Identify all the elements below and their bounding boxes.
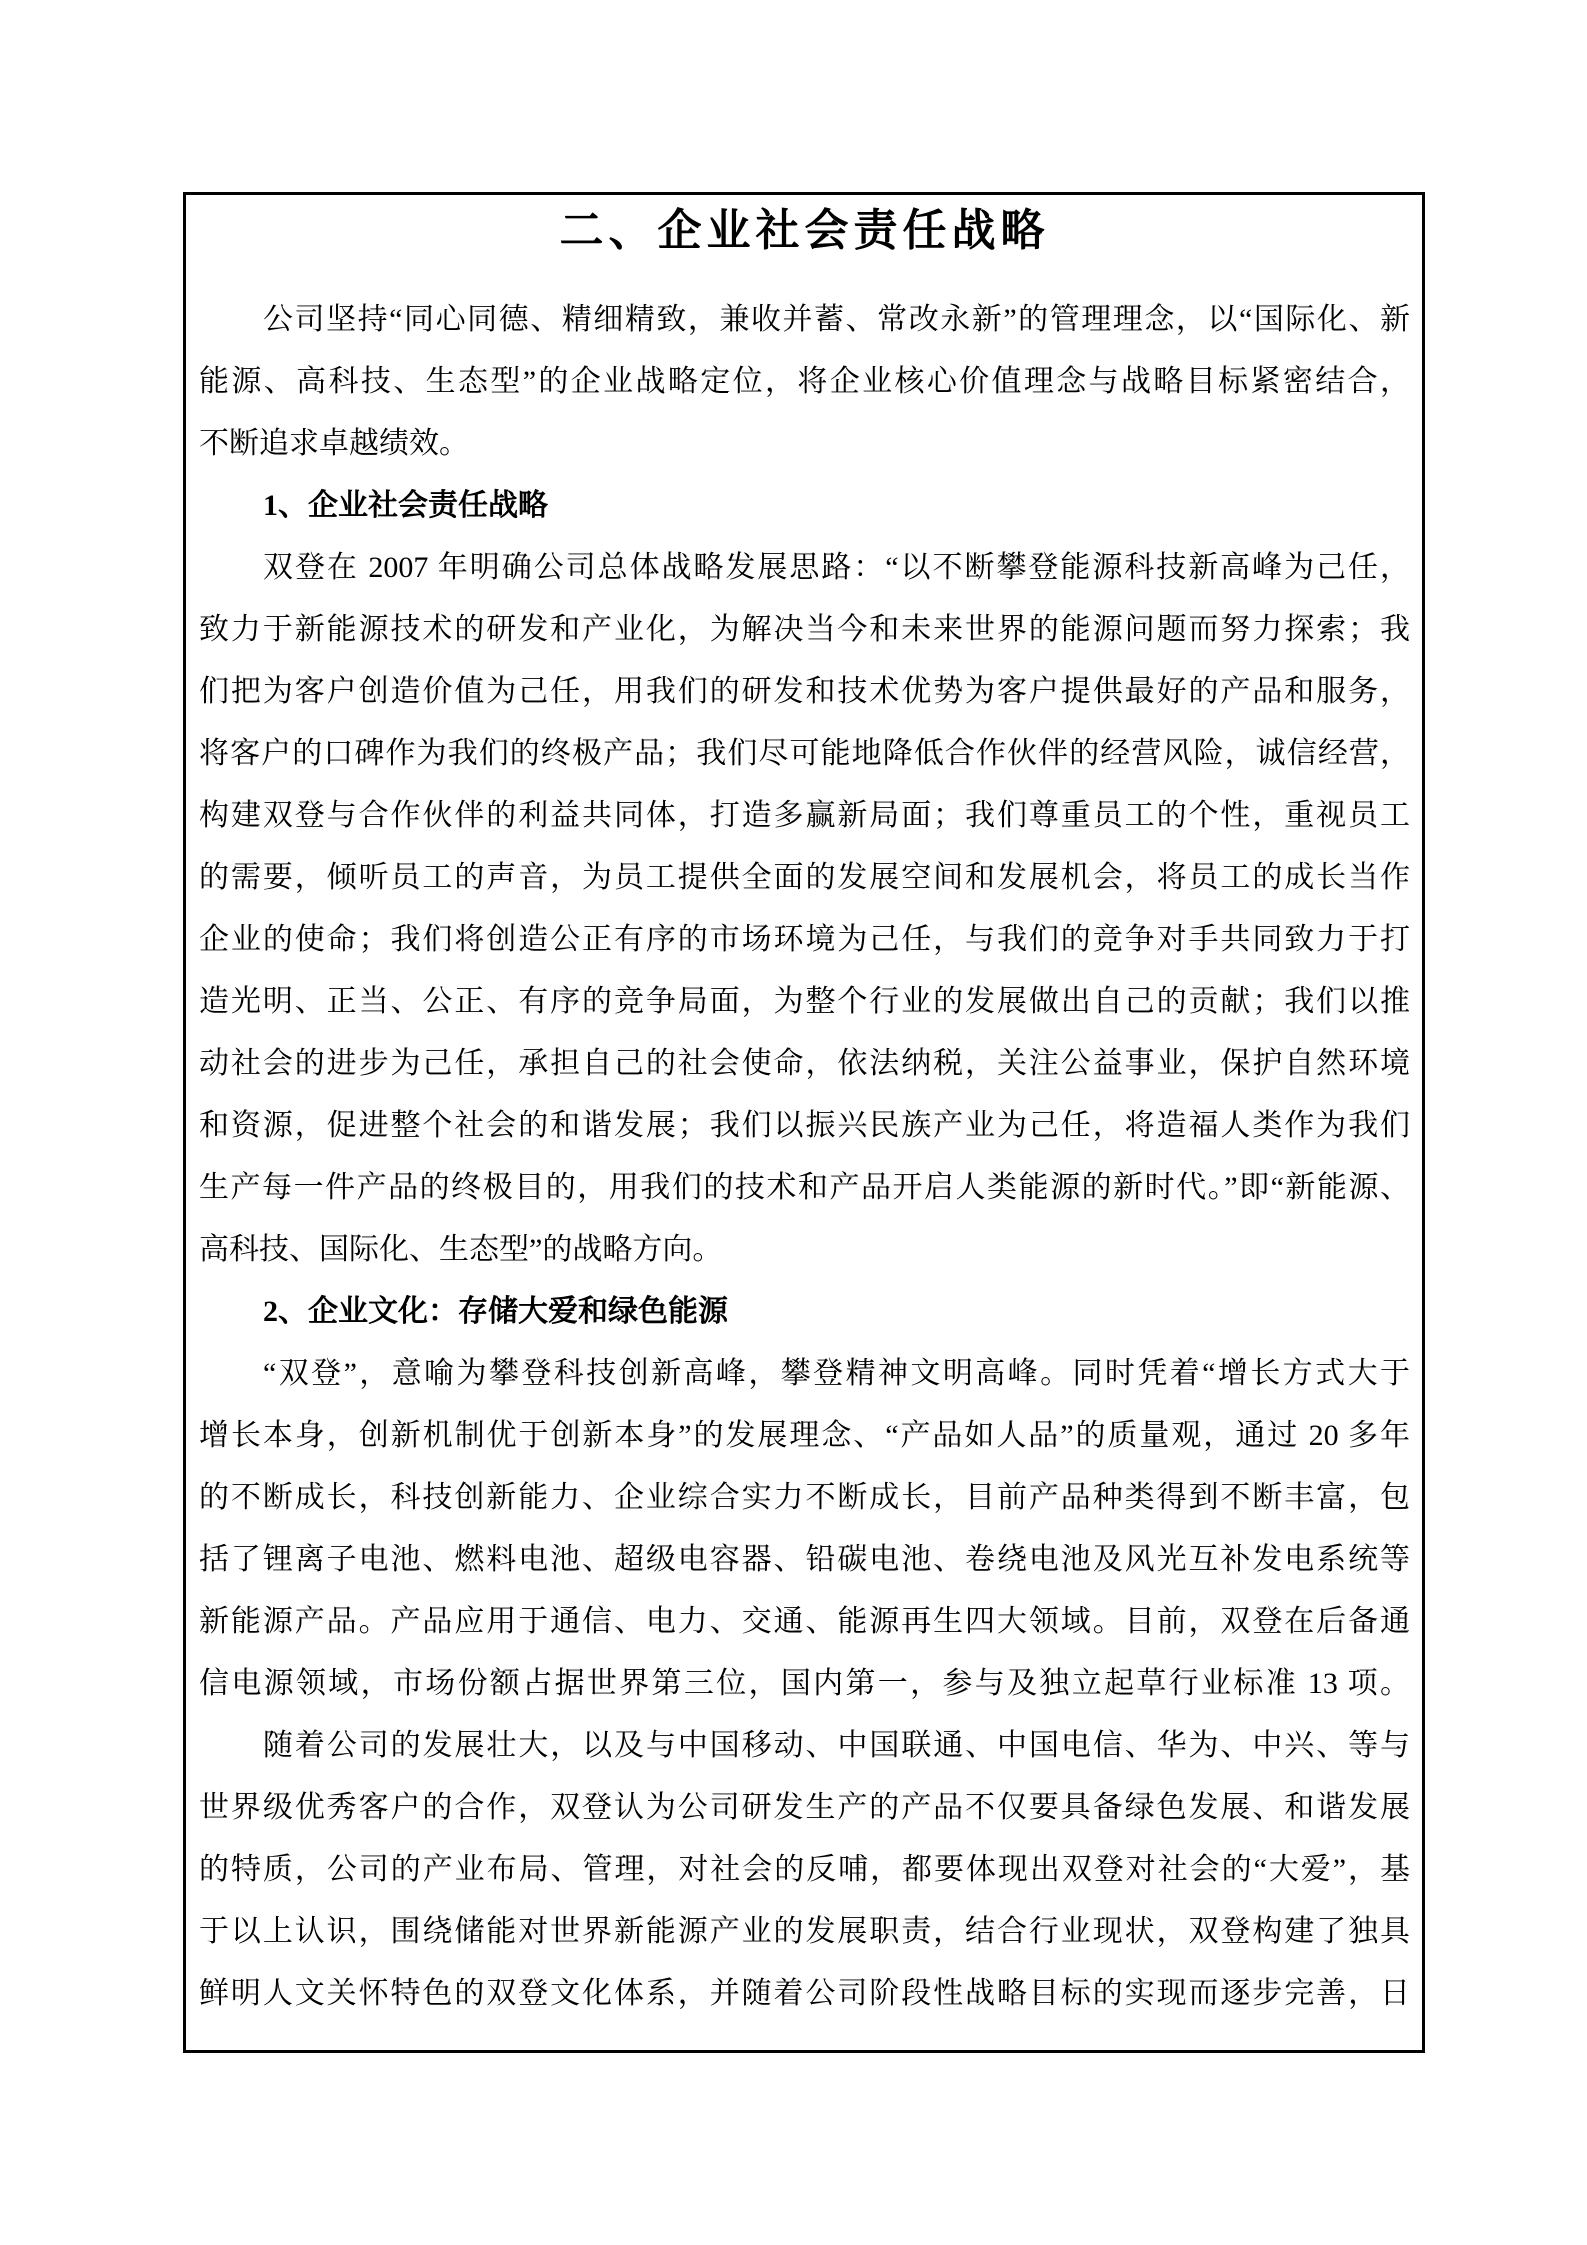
para3-line: 增长本身，创新机制优于创新本身”的发展理念、“产品如人品”的质量观，通过 20 … (199, 1405, 1410, 1467)
para2-line: 企业的使命；我们将创造公正有序的市场环境为己任，与我们的竞争对手共同致力于打 (199, 909, 1410, 971)
para2-line: 造光明、正当、公正、有序的竞争局面，为整个行业的发展做出自己的贡献；我们以推 (199, 971, 1410, 1033)
para2-line: 的需要，倾听员工的声音，为员工提供全面的发展空间和发展机会，将员工的成长当作 (199, 847, 1410, 909)
page: { "colors": { "text": "#000000", "backgr… (0, 0, 1587, 2245)
para4-line: 的特质，公司的产业布局、管理，对社会的反哺，都要体现出双登对社会的“大爱”，基 (199, 1839, 1410, 1901)
para3-line: 的不断成长，科技创新能力、企业综合实力不断成长，目前产品种类得到不断丰富，包 (199, 1467, 1410, 1529)
para3-line: 新能源产品。产品应用于通信、电力、交通、能源再生四大领域。目前，双登在后备通 (199, 1591, 1410, 1653)
para3-line: 括了锂离子电池、燃料电池、超级电容器、铅碳电池、卷绕电池及风光互补发电系统等 (199, 1529, 1410, 1591)
para2-line: 构建双登与合作伙伴的利益共同体，打造多赢新局面；我们尊重员工的个性，重视员工 (199, 785, 1410, 847)
para4-line: 随着公司的发展壮大，以及与中国移动、中国联通、中国电信、华为、中兴、等与 (199, 1715, 1410, 1777)
para3-line: “双登”，意喻为攀登科技创新高峰，攀登精神文明高峰。同时凭着“增长方式大于 (199, 1343, 1410, 1405)
para2-line: 致力于新能源技术的研发和产业化，为解决当今和未来世界的能源问题而努力探索；我 (199, 599, 1410, 661)
para2-line: 动社会的进步为己任，承担自己的社会使命，依法纳税，关注公益事业，保护自然环境 (199, 1033, 1410, 1095)
para4-line: 于以上认识，围绕储能对世界新能源产业的发展职责，结合行业现状，双登构建了独具 (199, 1901, 1410, 1963)
para1-line: 公司坚持“同心同德、精细精致，兼收并蓄、常改永新”的管理理念，以“国际化、新 (199, 289, 1410, 351)
para2-line: 高科技、国际化、生态型”的战略方向。 (199, 1219, 1410, 1281)
para2-line: 双登在 2007 年明确公司总体战略发展思路：“以不断攀登能源科技新高峰为己任， (199, 537, 1410, 599)
para4-line: 鲜明人文关怀特色的双登文化体系，并随着公司阶段性战略目标的实现而逐步完善，日 (199, 1963, 1410, 2025)
para2-line: 和资源，促进整个社会的和谐发展；我们以振兴民族产业为己任，将造福人类作为我们 (199, 1095, 1410, 1157)
para4-line: 世界级优秀客户的合作，双登认为公司研发生产的产品不仅要具备绿色发展、和谐发展 (199, 1777, 1410, 1839)
page-title: 二、企业社会责任战略 (199, 203, 1410, 259)
document-border-box: 二、企业社会责任战略 公司坚持“同心同德、精细精致，兼收并蓄、常改永新”的管理理… (183, 192, 1425, 2053)
para1-line: 能源、高科技、生态型”的企业战略定位，将企业核心价值理念与战略目标紧密结合， (199, 351, 1410, 413)
para2-line: 将客户的口碑作为我们的终极产品；我们尽可能地降低合作伙伴的经营风险，诚信经营， (199, 723, 1410, 785)
para1-line: 不断追求卓越绩效。 (199, 413, 1410, 475)
para2-line: 生产每一件产品的终极目的，用我们的技术和产品开启人类能源的新时代。”即“新能源、 (199, 1157, 1410, 1219)
section-heading-2: 2、企业文化：存储大爱和绿色能源 (199, 1281, 1410, 1343)
section-heading-1: 1、企业社会责任战略 (199, 475, 1410, 537)
para3-line: 信电源领域，市场份额占据世界第三位，国内第一，参与及独立起草行业标准 13 项。 (199, 1653, 1410, 1715)
para2-line: 们把为客户创造价值为己任，用我们的研发和技术优势为客户提供最好的产品和服务， (199, 661, 1410, 723)
